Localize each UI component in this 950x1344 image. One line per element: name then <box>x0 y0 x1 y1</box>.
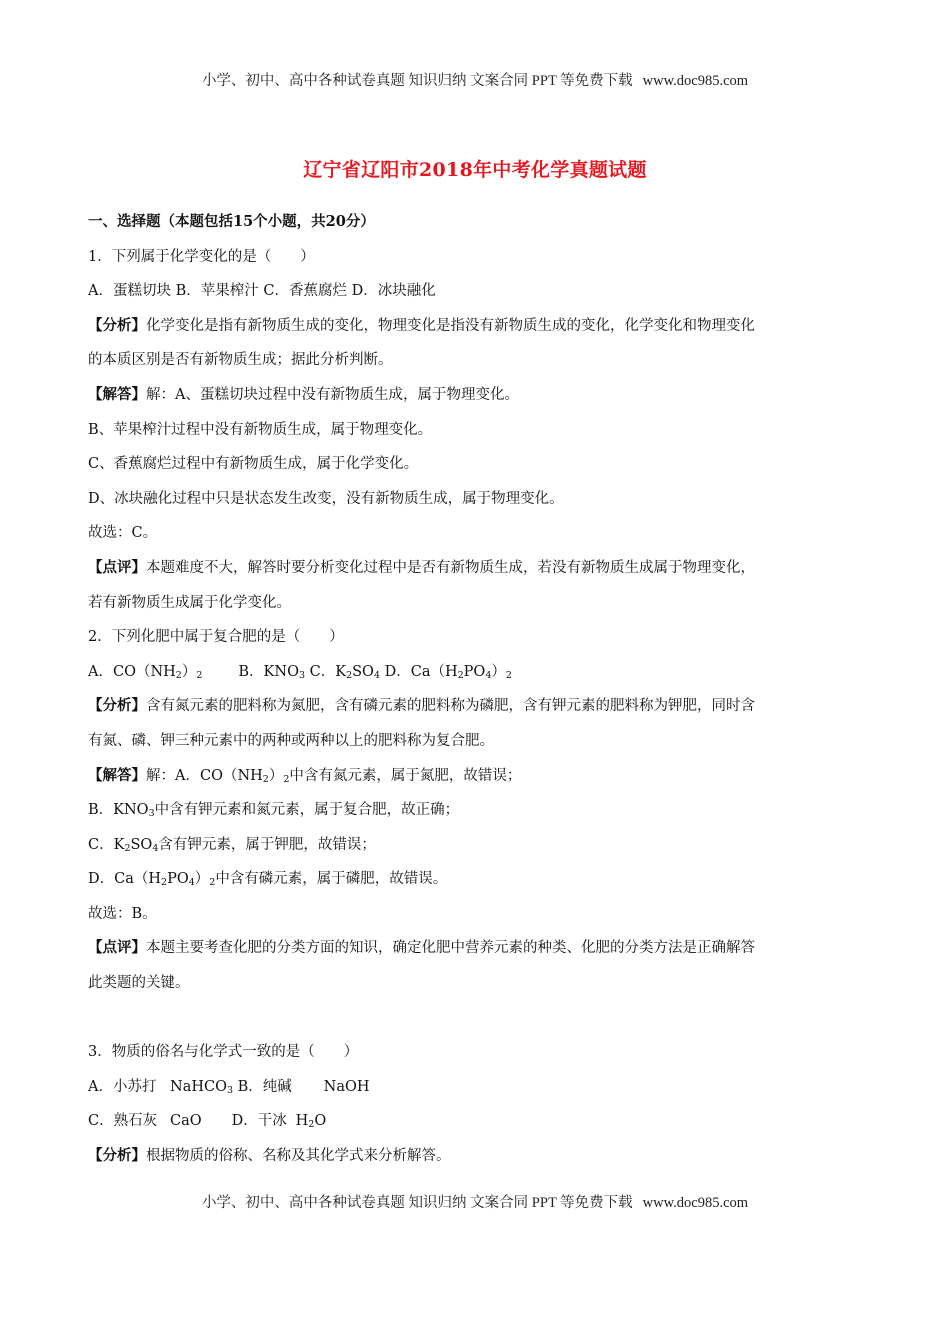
q2-analysis-text-1: 含有氮元素的肥料称为氮肥，含有磷元素的肥料称为磷肥，含有钾元素的肥料称为钾肥，同… <box>146 698 755 714</box>
q1-analysis-text-1: 化学变化是指有新物质生成的变化，物理变化是指没有新物质生成的变化，化学变化和物理… <box>146 318 755 334</box>
q2-answer-d-pre: D．Ca（H <box>88 871 161 887</box>
q1-option-c: C．香蕉腐烂 <box>263 283 347 299</box>
analysis-tag: 【分析】 <box>88 697 146 714</box>
answer-tag: 【解答】 <box>88 767 146 784</box>
q1-answer-a-text: 解：A、蛋糕切块过程中没有新物质生成，属于物理变化。 <box>146 387 519 403</box>
q2-analysis: 【分析】含有氮元素的肥料称为氮肥，含有磷元素的肥料称为磷肥，含有钾元素的肥料称为… <box>88 689 863 724</box>
q3-option-b: B．纯碱NaOH <box>238 1079 370 1095</box>
q3-option-b-label: B．纯碱 <box>238 1070 324 1105</box>
q2-option-d: D．Ca（H2PO4）2 <box>385 664 512 680</box>
spacer <box>88 1001 863 1036</box>
subscript: 3 <box>299 670 305 681</box>
q2-option-a-text: A．CO（NH <box>88 664 176 680</box>
q3-option-a-formula: NaHCO <box>170 1079 227 1095</box>
q2-option-d-paren: ） <box>491 664 506 680</box>
q2-option-b: B．KNO3 <box>238 664 305 680</box>
analysis-tag: 【分析】 <box>88 1147 146 1164</box>
q2-stem: 2．下列化肥中属于复合肥的是（ ） <box>88 620 863 655</box>
q1-answer-c: C、香蕉腐烂过程中有新物质生成，属于化学变化。 <box>88 447 863 482</box>
q1-options: A．蛋糕切块 B．苹果榨汁 C．香蕉腐烂 D．冰块融化 <box>88 274 863 309</box>
q2-comment-text-1: 本题主要考查化肥的分类方面的知识，确定化肥中营养元素的种类、化肥的分类方法是正确… <box>146 940 755 956</box>
document-title: 辽宁省辽阳市2018年中考化学真题试题 <box>0 155 950 182</box>
q2-option-a-paren: ） <box>182 664 197 680</box>
q2-option-d-text: D．Ca（H <box>385 664 458 680</box>
header-text: 小学、初中、高中各种试卷真题 知识归纳 文案合同 PPT 等免费下载 <box>202 73 633 89</box>
q3-analysis: 【分析】根据物质的俗称、名称及其化学式来分析解答。 <box>88 1139 863 1174</box>
q1-option-b: B．苹果榨汁 <box>176 283 259 299</box>
q2-answer-c-post: 含有钾元素，属于钾肥，故错误； <box>158 837 376 853</box>
q2-answer-b-post: 中含有钾元素和氮元素，属于复合肥，故正确； <box>155 802 460 818</box>
q2-answer-c: C．K2SO4含有钾元素，属于钾肥，故错误； <box>88 828 863 863</box>
q1-option-a: A．蛋糕切块 <box>88 283 171 299</box>
q2-option-b-text: B．KNO <box>238 664 299 680</box>
analysis-tag: 【分析】 <box>88 317 146 334</box>
q2-analysis-cont: 有氮、磷、钾三种元素中的两种或两种以上的肥料称为复合肥。 <box>88 724 863 759</box>
q3-stem: 3．物质的俗名与化学式一致的是（ ） <box>88 1035 863 1070</box>
page-footer: 小学、初中、高中各种试卷真题 知识归纳 文案合同 PPT 等免费下载www.do… <box>0 1191 950 1212</box>
q1-stem: 1．下列属于化学变化的是（ ） <box>88 240 863 275</box>
subscript: 3 <box>227 1085 233 1096</box>
q2-option-c: C．K2SO4 <box>310 664 380 680</box>
q2-answer-c-mid: SO <box>130 837 152 853</box>
document-body: 一、选择题（本题包括15个小题，共20分） 1．下列属于化学变化的是（ ） A．… <box>88 205 863 1174</box>
q1-comment: 【点评】本题难度不大，解答时要分析变化过程中是否有新物质生成，若没有新物质生成属… <box>88 551 863 586</box>
q1-analysis-cont: 的本质区别是否有新物质生成；据此分析判断。 <box>88 343 863 378</box>
q1-choice: 故选：C。 <box>88 516 863 551</box>
q2-answer-d-post: 中含有磷元素，属于磷肥，故错误。 <box>215 871 447 887</box>
q2-option-d-mid: PO <box>464 664 486 680</box>
q2-answer-b: B．KNO3中含有钾元素和氮元素，属于复合肥，故正确； <box>88 793 863 828</box>
q3-option-c-label: C．熟石灰 <box>88 1104 170 1139</box>
q1-analysis: 【分析】化学变化是指有新物质生成的变化，物理变化是指没有新物质生成的变化，化学变… <box>88 309 863 344</box>
q2-option-c-mid: SO <box>352 664 374 680</box>
subscript: 2 <box>506 670 512 681</box>
q3-option-a: A．小苏打NaHCO3 <box>88 1079 233 1095</box>
q2-options: A．CO（NH2）2B．KNO3 C．K2SO4 D．Ca（H2PO4）2 <box>88 655 863 690</box>
q2-answer-a-post: 中含有氮元素，属于氮肥，故错误； <box>289 768 521 784</box>
q1-comment-text-1: 本题难度不大，解答时要分析变化过程中是否有新物质生成，若没有新物质生成属于物理变… <box>146 560 755 576</box>
q3-option-c-formula: CaO <box>170 1104 227 1139</box>
q2-answer-a-pre: 解：A．CO（NH <box>146 768 263 784</box>
q3-option-d-formula: H <box>296 1113 309 1129</box>
subscript: 2 <box>196 670 202 681</box>
q2-choice: 故选：B。 <box>88 897 863 932</box>
header-site-link[interactable]: www.doc985.com <box>643 73 748 89</box>
q3-option-d-formula-end: O <box>314 1113 326 1129</box>
q3-option-a-label: A．小苏打 <box>88 1070 170 1105</box>
q2-answer-d: D．Ca（H2PO4）2中含有磷元素，属于磷肥，故错误。 <box>88 862 863 897</box>
q2-comment-cont: 此类题的关键。 <box>88 966 863 1001</box>
q3-analysis-text-1: 根据物质的俗称、名称及其化学式来分析解答。 <box>146 1148 451 1164</box>
q2-option-a: A．CO（NH2）2 <box>88 664 202 680</box>
q1-comment-cont: 若有新物质生成属于化学变化。 <box>88 586 863 621</box>
q2-comment: 【点评】本题主要考查化肥的分类方面的知识，确定化肥中营养元素的种类、化肥的分类方… <box>88 931 863 966</box>
subscript: 4 <box>374 670 380 681</box>
q3-options-cd: C．熟石灰CaO D．干冰H2O <box>88 1104 863 1139</box>
q3-option-d: D．干冰H2O <box>232 1113 327 1129</box>
q2-option-c-text: C．K <box>310 664 346 680</box>
q2-answer-d-paren: ） <box>195 871 210 887</box>
q1-answer-b: B、苹果榨汁过程中没有新物质生成，属于物理变化。 <box>88 413 863 448</box>
comment-tag: 【点评】 <box>88 559 146 576</box>
comment-tag: 【点评】 <box>88 939 146 956</box>
q2-answer-a: 【解答】解：A．CO（NH2）2中含有氮元素，属于氮肥，故错误； <box>88 759 863 794</box>
page-header: 小学、初中、高中各种试卷真题 知识归纳 文案合同 PPT 等免费下载www.do… <box>0 69 950 90</box>
footer-site-link[interactable]: www.doc985.com <box>643 1195 748 1211</box>
q3-options-ab: A．小苏打NaHCO3 B．纯碱NaOH <box>88 1070 863 1105</box>
q2-answer-a-paren: ） <box>269 768 284 784</box>
footer-text: 小学、初中、高中各种试卷真题 知识归纳 文案合同 PPT 等免费下载 <box>202 1195 633 1211</box>
answer-tag: 【解答】 <box>88 386 146 403</box>
q2-answer-c-pre: C．K <box>88 837 124 853</box>
q2-answer-d-mid: PO <box>167 871 189 887</box>
q2-answer-b-pre: B．KNO <box>88 802 149 818</box>
q1-answer-d: D、冰块融化过程中只是状态发生改变，没有新物质生成，属于物理变化。 <box>88 482 863 517</box>
q1-option-d: D．冰块融化 <box>352 283 436 299</box>
q3-option-d-label: D．干冰 <box>232 1104 296 1139</box>
q3-option-c: C．熟石灰CaO <box>88 1113 227 1129</box>
section-heading: 一、选择题（本题包括15个小题，共20分） <box>88 205 863 240</box>
q1-answer-a: 【解答】解：A、蛋糕切块过程中没有新物质生成，属于物理变化。 <box>88 378 863 413</box>
q3-option-b-formula: NaOH <box>324 1079 370 1095</box>
